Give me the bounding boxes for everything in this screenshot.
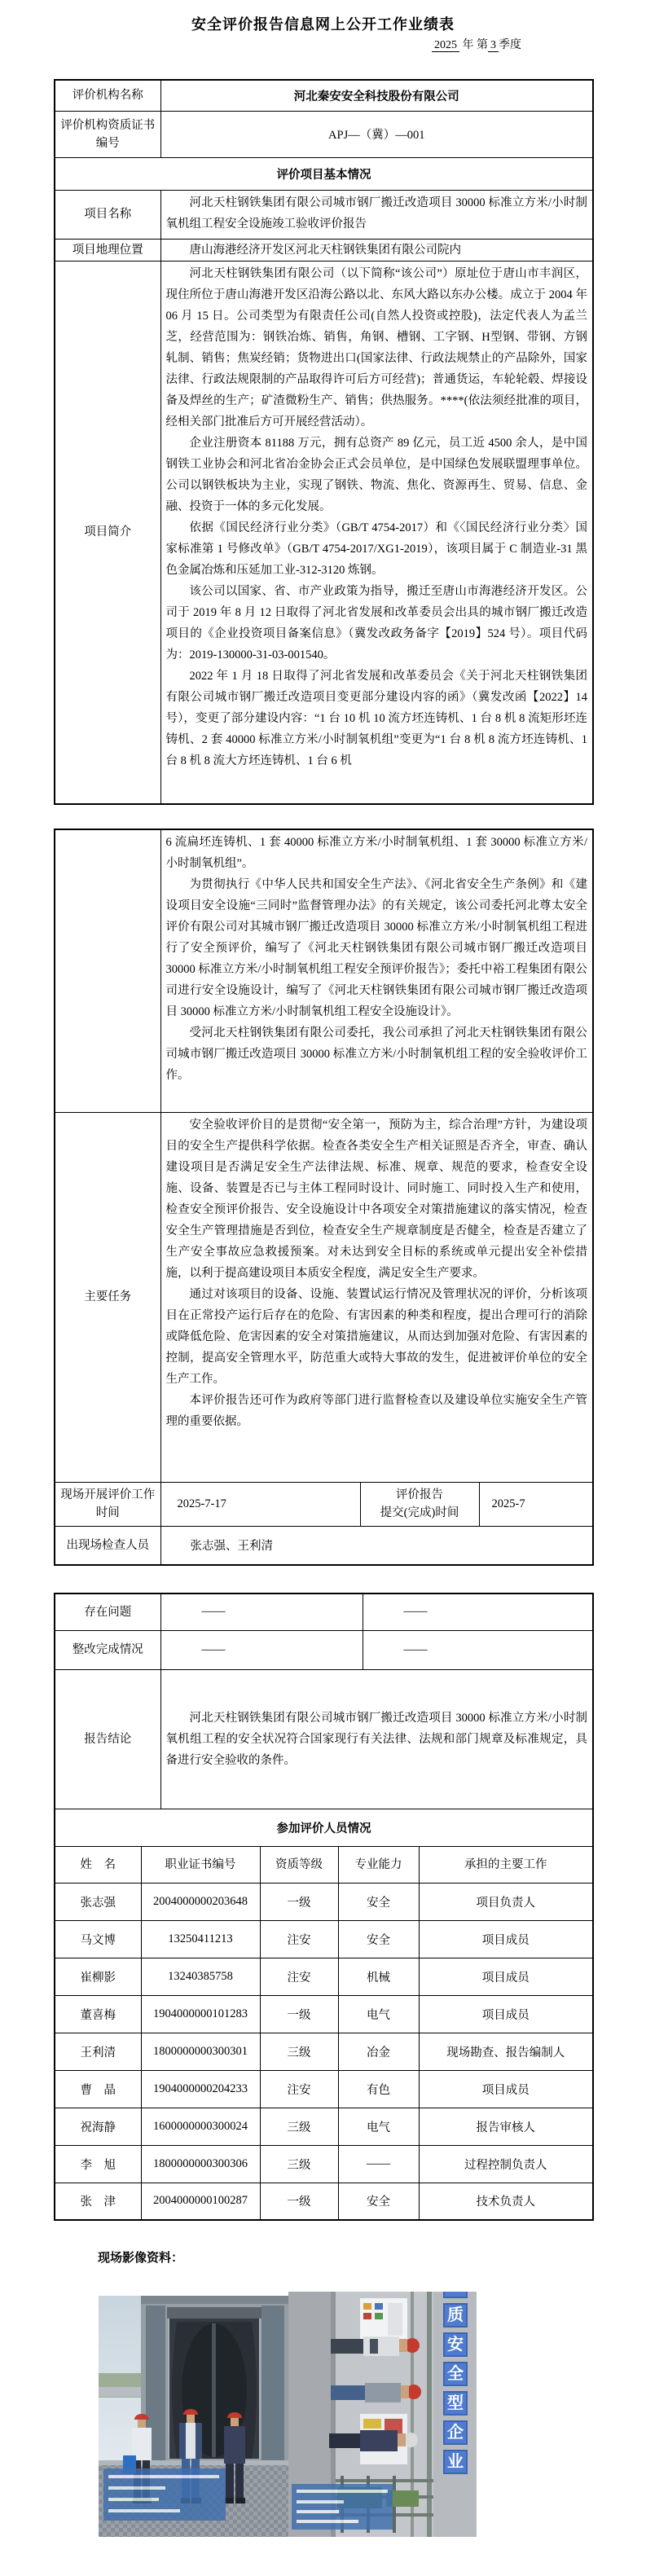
period-quarter-prefix: 第 xyxy=(477,39,488,51)
project-name-value: 河北天柱钢铁集团有限公司城市钢厂搬迁改造项目 30000 标准立方米/小时制氧机… xyxy=(160,190,593,239)
intro-paragraph: 2022 年 1 月 18 日取得了河北省发展和改革委员会《关于河北天柱钢铁集团… xyxy=(166,666,588,771)
org-project-table: 评价机构名称 河北秦安安全科技股份有限公司 评价机构资质证书编号 APJ—（冀）… xyxy=(54,79,594,805)
sign-char: 企 xyxy=(443,2420,468,2445)
issues-personnel-table: 存在问题 —— —— 整改完成情况 —— —— 报告结论 河北天柱钢铁集团有限公… xyxy=(54,1593,594,2221)
intro-paragraph: 6 流扁坯连铸机、1 套 40000 标准立方米/小时制氧机组、1 套 3000… xyxy=(166,832,588,874)
inspectors-value: 张志强、王利清 xyxy=(160,1526,593,1565)
tasks-value: 安全验收评价目的是贯彻“安全第一，预防为主，综合治理”方针，为建设项目的安全生产… xyxy=(160,1112,593,1482)
intro-continuation-label xyxy=(55,829,160,1112)
person-row: 李 旭 1800000000300306 三级 —— 过程控制负责人 xyxy=(55,2145,593,2183)
person-row: 崔柳影 13240385758 注安 机械 项目成员 xyxy=(55,1958,593,1995)
rectify-label: 整改完成情况 xyxy=(55,1630,160,1669)
people-col-level: 资质等级 xyxy=(260,1846,338,1883)
sign-char: 质 xyxy=(443,2303,468,2328)
site-photo-1-graphic xyxy=(99,2296,288,2537)
project-intro-value: 河北天柱钢铁集团有限公司（以下简称“该公司”）原址位于唐山市丰润区，现住所位于唐… xyxy=(160,261,593,804)
site-time-label: 现场开展评价工作时间 xyxy=(55,1482,160,1526)
person-row: 马文博 13250411213 注安 安全 项目成员 xyxy=(55,1920,593,1958)
problems-value-1: —— xyxy=(160,1594,363,1630)
report-time-value: 2025-7 xyxy=(479,1482,593,1526)
rectify-value-1: —— xyxy=(160,1630,363,1669)
person-row: 祝海静 1600000000300024 三级 电气 报告审核人 xyxy=(55,2108,593,2145)
project-name-label: 项目名称 xyxy=(55,190,160,239)
org-name-label: 评价机构名称 xyxy=(55,80,160,111)
sign-char: 全 xyxy=(443,2362,468,2386)
intro-paragraph: 该公司以国家、省、市产业政策为指导，搬迁至唐山市海港经济开发区。公司于 2019… xyxy=(166,581,588,666)
safety-sign: 质 安 全 型 企 业 xyxy=(288,2292,477,2537)
period-line: 2025 年 第3季度 xyxy=(0,36,646,52)
photo-watermark xyxy=(103,2468,226,2521)
people-col-name: 姓 名 xyxy=(55,1846,141,1883)
tasks-label: 主要任务 xyxy=(55,1112,160,1482)
project-location-label: 项目地理位置 xyxy=(55,239,160,261)
problems-value-2: —— xyxy=(363,1594,593,1630)
tasks-table: 6 流扁坯连铸机、1 套 40000 标准立方米/小时制氧机组、1 套 3000… xyxy=(54,829,594,1566)
site-time-value: 2025-7-17 xyxy=(160,1482,360,1526)
org-cert-value: APJ—（冀）—001 xyxy=(160,111,593,157)
people-section-header: 参加评价人员情况 xyxy=(55,1809,593,1846)
project-location-value: 唐山海港经济开发区河北天柱钢铁集团有限公司院内 xyxy=(160,239,593,261)
person-row: 王利清 1800000000300301 三级 冶金 现场勘查、报告编制人 xyxy=(55,2033,593,2070)
period-year-suffix: 年 xyxy=(463,39,474,51)
intro-paragraph: 受河北天柱钢铁集团有限公司委托，我公司承担了河北天柱钢铁集团有限公司城市钢厂搬迁… xyxy=(166,1022,588,1086)
person-row: 张志强 2004000000203648 一级 安全 项目负责人 xyxy=(55,1883,593,1920)
sign-char: 型 xyxy=(443,2391,468,2416)
problems-label: 存在问题 xyxy=(55,1594,160,1630)
org-cert-label: 评价机构资质证书编号 xyxy=(55,111,160,157)
person-row: 张 津 2004000000100287 一级 安全 技术负责人 xyxy=(55,2183,593,2220)
sign-char-partial xyxy=(443,2292,468,2298)
tasks-paragraph: 安全验收评价目的是贯彻“安全第一，预防为主，综合治理”方针，为建设项目的安全生产… xyxy=(166,1114,588,1284)
sign-char: 安 xyxy=(443,2332,468,2357)
intro-paragraph: 河北天柱钢铁集团有限公司（以下简称“该公司”）原址位于唐山市丰润区，现住所位于唐… xyxy=(166,263,588,433)
person-row: 曹 晶 1904000000204233 注安 有色 项目成员 xyxy=(55,2070,593,2108)
people-col-work: 承担的主要工作 xyxy=(419,1846,593,1883)
conclusion-label: 报告结论 xyxy=(55,1669,160,1809)
people-col-cert: 职业证书编号 xyxy=(141,1846,260,1883)
rectify-value-2: —— xyxy=(363,1630,593,1669)
period-quarter: 3 xyxy=(488,39,499,52)
period-year: 2025 xyxy=(432,39,459,52)
org-name-value: 河北秦安安全科技股份有限公司 xyxy=(160,80,593,111)
document-page: 安全评价报告信息网上公开工作业绩表 2025 年 第3季度 评价机构名称 河北秦… xyxy=(0,0,646,2576)
site-photo-2: 质 安 全 型 企 业 xyxy=(288,2292,477,2537)
inspectors-label: 出现场检查人员 xyxy=(55,1526,160,1565)
project-intro-label: 项目简介 xyxy=(55,261,160,804)
site-photo-1 xyxy=(99,2296,288,2537)
period-quarter-suffix: 季度 xyxy=(499,39,521,51)
people-col-ability: 专业能力 xyxy=(338,1846,419,1883)
intro-paragraph: 为贯彻执行《中华人民共和国安全生产法》、《河北省安全生产条例》和《建设项目安全设… xyxy=(166,874,588,1022)
person-row: 董喜梅 1904000000101283 一级 电气 项目成员 xyxy=(55,1995,593,2033)
intro-continuation-value: 6 流扁坯连铸机、1 套 40000 标准立方米/小时制氧机组、1 套 3000… xyxy=(160,829,593,1112)
photos-section-label: 现场影像资料： xyxy=(98,2249,183,2266)
intro-paragraph: 依据《国民经济行业分类》（GB/T 4754-2017）和《〈国民经济行业分类〉… xyxy=(166,517,588,581)
conclusion-value: 河北天柱钢铁集团有限公司城市钢厂搬迁改造项目 30000 标准立方米/小时制氧机… xyxy=(160,1669,593,1809)
page-title: 安全评价报告信息网上公开工作业绩表 xyxy=(0,13,646,34)
intro-paragraph: 企业注册资本 81188 万元，拥有总资产 89 亿元，员工近 4500 余人，… xyxy=(166,433,588,517)
tasks-paragraph: 通过对该项目的设备、设施、装置试运行情况及管理状况的评价，分析该项目在正常投产运… xyxy=(166,1284,588,1390)
report-time-label: 评价报告 提交(完成)时间 xyxy=(360,1482,479,1526)
project-section-header: 评价项目基本情况 xyxy=(55,157,593,190)
tasks-paragraph: 本评价报告还可作为政府等部门进行监督检查以及建设单位实施安全生产管理的重要依据。 xyxy=(166,1390,588,1432)
sign-char: 业 xyxy=(443,2450,468,2474)
